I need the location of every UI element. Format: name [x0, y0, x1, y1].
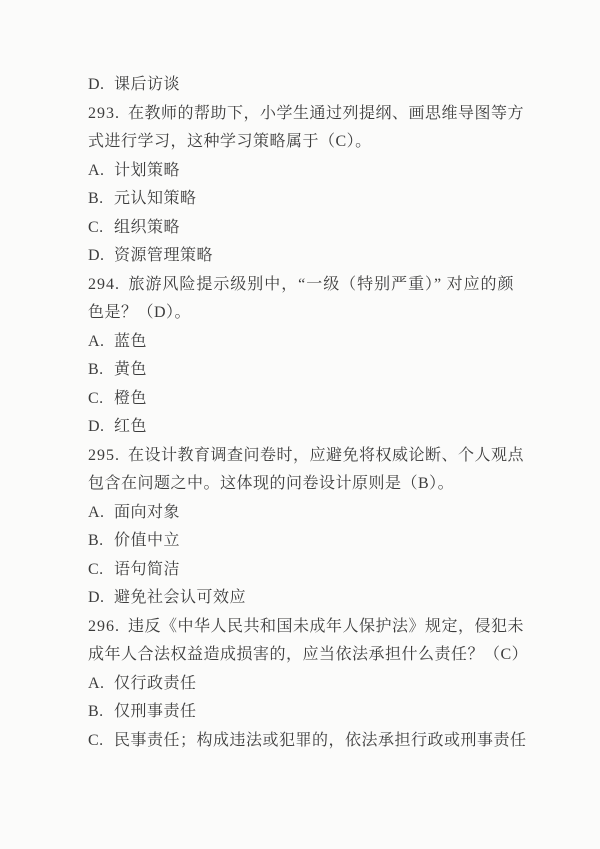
- option-label: B.: [88, 698, 114, 727]
- question-number: 294.: [88, 271, 128, 300]
- option-row: C.组织策略: [88, 214, 514, 243]
- option-text: 民事责任；构成违法或犯罪的，依法承担行政或刑事责任: [114, 732, 527, 749]
- question-stem: 295.在设计教育调查问卷时，应避免将权威论断、个人观点: [88, 442, 514, 471]
- question-stem-continued: 包含在问题之中。这体现的问卷设计原则是（B）。: [88, 470, 514, 499]
- option-row: B.黄色: [88, 356, 514, 385]
- option-label: C.: [88, 727, 114, 756]
- option-text: 黄色: [114, 361, 147, 378]
- question-text: 在教师的帮助下，小学生通过列提纲、画思维导图等方: [128, 105, 524, 122]
- option-text: 避免社会认可效应: [114, 589, 246, 606]
- option-row: A.计划策略: [88, 157, 514, 186]
- option-text: 组织策略: [114, 219, 180, 236]
- question-stem: 296.违反《中华人民共和国未成年人保护法》规定，侵犯未: [88, 613, 514, 642]
- option-row: B.仅刑事责任: [88, 698, 514, 727]
- question-stem-continued: 成年人合法权益造成损害的，应当依法承担什么责任？（C）: [88, 641, 514, 670]
- option-label: C.: [88, 556, 114, 585]
- option-row: C.橙色: [88, 385, 514, 414]
- question-stem-continued: 色是？（D）。: [88, 299, 514, 328]
- option-text: 课后访谈: [114, 76, 180, 93]
- option-row: D.资源管理策略: [88, 242, 514, 271]
- question-number: 295.: [88, 442, 128, 471]
- option-row: D.课后访谈: [88, 71, 514, 100]
- option-text: 红色: [114, 418, 147, 435]
- option-label: B.: [88, 185, 114, 214]
- option-label: D.: [88, 242, 114, 271]
- option-row: D.避免社会认可效应: [88, 584, 514, 613]
- option-text: 蓝色: [114, 333, 147, 350]
- option-row: B.价值中立: [88, 527, 514, 556]
- question-stem: 294.旅游风险提示级别中，“一级（特别严重）” 对应的颜: [88, 271, 514, 300]
- question-text: 在设计教育调查问卷时，应避免将权威论断、个人观点: [128, 447, 524, 464]
- option-label: C.: [88, 385, 114, 414]
- question-text: 旅游风险提示级别中，“一级（特别严重）” 对应的颜: [128, 276, 514, 293]
- option-label: D.: [88, 71, 114, 100]
- option-row: B.元认知策略: [88, 185, 514, 214]
- option-label: A.: [88, 157, 114, 186]
- option-row: C.民事责任；构成违法或犯罪的，依法承担行政或刑事责任: [88, 727, 514, 756]
- option-label: A.: [88, 328, 114, 357]
- question-number: 293.: [88, 100, 128, 129]
- option-text: 语句简洁: [114, 561, 180, 578]
- option-row: D.红色: [88, 413, 514, 442]
- option-label: A.: [88, 499, 114, 528]
- option-label: C.: [88, 214, 114, 243]
- option-label: D.: [88, 413, 114, 442]
- document-page: D.课后访谈 293.在教师的帮助下，小学生通过列提纲、画思维导图等方 式进行学…: [0, 0, 600, 849]
- option-text: 计划策略: [114, 162, 180, 179]
- option-row: A.面向对象: [88, 499, 514, 528]
- option-text: 仅刑事责任: [114, 703, 197, 720]
- option-label: B.: [88, 527, 114, 556]
- question-stem-continued: 式进行学习，这种学习策略属于（C）。: [88, 128, 514, 157]
- option-label: B.: [88, 356, 114, 385]
- option-row: A.蓝色: [88, 328, 514, 357]
- option-text: 价值中立: [114, 532, 180, 549]
- option-row: A.仅行政责任: [88, 670, 514, 699]
- question-text: 违反《中华人民共和国未成年人保护法》规定，侵犯未: [128, 618, 524, 635]
- question-stem: 293.在教师的帮助下，小学生通过列提纲、画思维导图等方: [88, 100, 514, 129]
- option-label: A.: [88, 670, 114, 699]
- question-list: D.课后访谈 293.在教师的帮助下，小学生通过列提纲、画思维导图等方 式进行学…: [88, 71, 514, 755]
- option-row: C.语句简洁: [88, 556, 514, 585]
- option-text: 橙色: [114, 390, 147, 407]
- option-text: 元认知策略: [114, 190, 197, 207]
- question-number: 296.: [88, 613, 128, 642]
- option-text: 仅行政责任: [114, 675, 197, 692]
- option-text: 资源管理策略: [114, 247, 213, 264]
- option-text: 面向对象: [114, 504, 180, 521]
- option-label: D.: [88, 584, 114, 613]
